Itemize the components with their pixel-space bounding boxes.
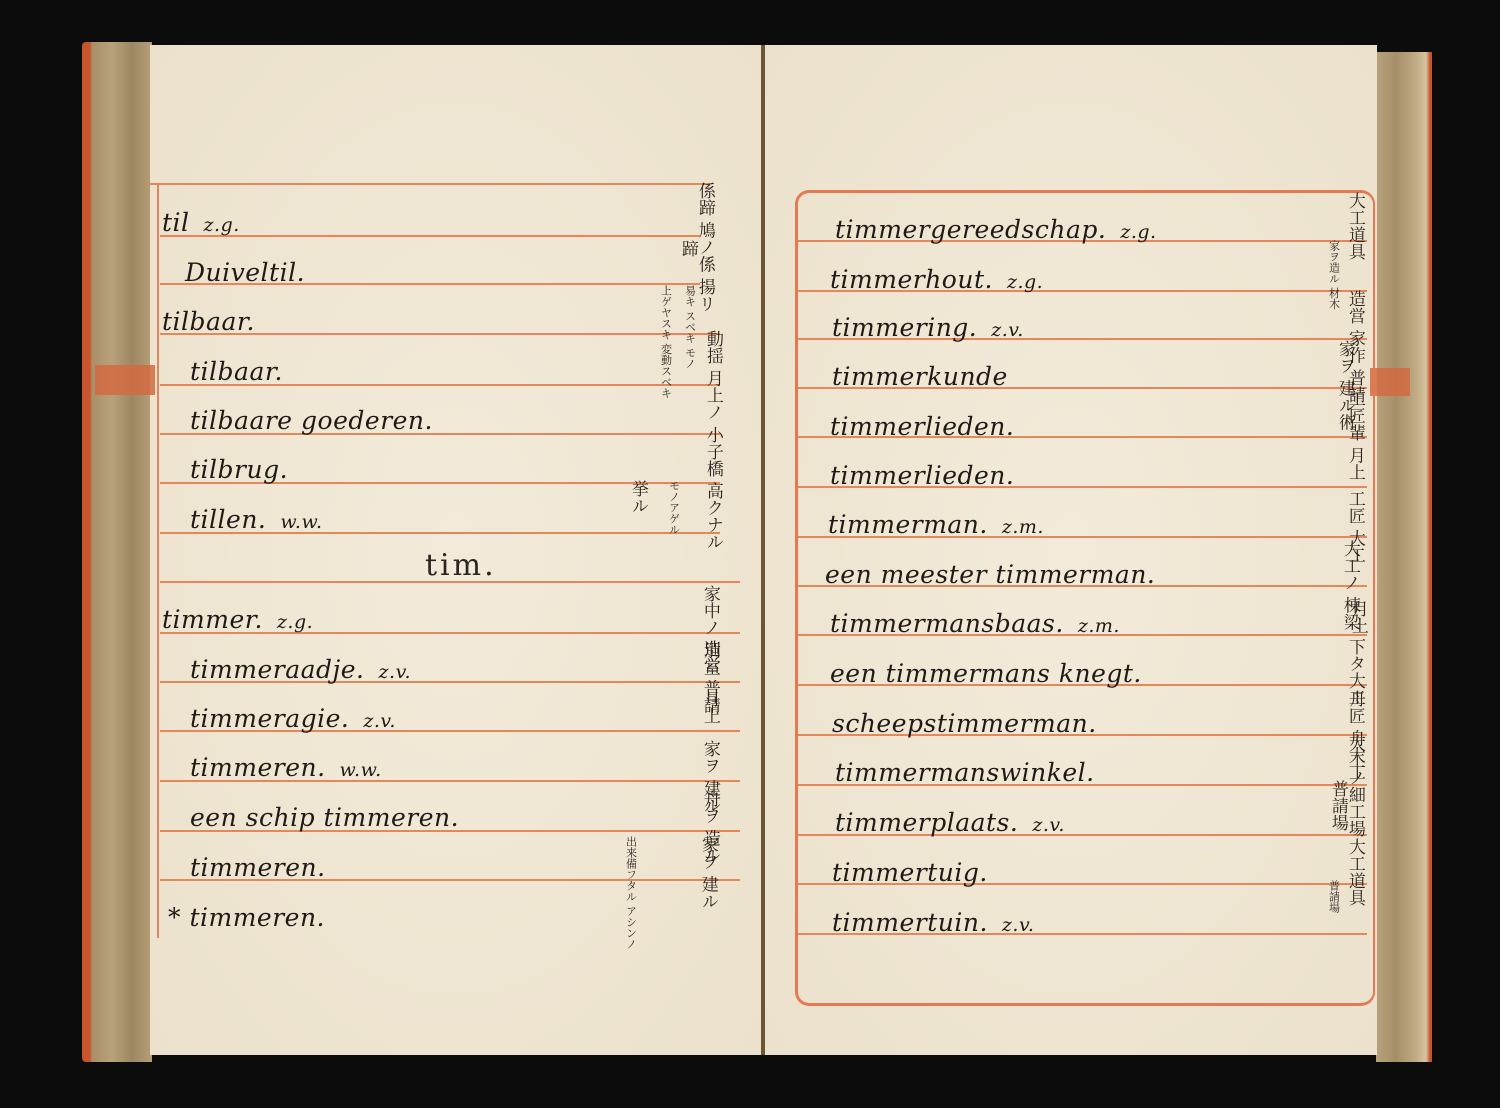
japanese-gloss: 挙ル — [628, 480, 646, 514]
dictionary-entry: scheepstimmerman. — [832, 709, 1097, 738]
dictionary-entry: tilbaar. — [190, 357, 283, 386]
dictionary-entry: timmering.z.v. — [832, 313, 1024, 342]
japanese-gloss: 蹄 — [678, 240, 696, 257]
dictionary-entry: een timmermans knegt. — [830, 659, 1142, 688]
dictionary-entry: timmeren. — [190, 853, 326, 882]
dictionary-entry: timmermansbaas.z.m. — [830, 609, 1120, 638]
dictionary-entry: timmergereedschap.z.g. — [835, 215, 1157, 244]
japanese-gloss: 大工道具 — [1345, 838, 1363, 906]
rule-line — [160, 235, 700, 237]
dictionary-entry: een schip timmeren. — [190, 803, 459, 832]
japanese-gloss: 家ヲ 建ル — [698, 836, 716, 909]
dictionary-entry: tillen.w.w. — [190, 505, 323, 534]
dictionary-entry: timmerkunde — [832, 362, 1008, 391]
japanese-gloss: 上ゲヤスキ 変動スベキ — [660, 285, 672, 399]
japanese-gloss: 出来備フタル アシンノ — [625, 836, 637, 950]
dictionary-entry: * timmeren. — [168, 903, 325, 932]
dictionary-entry: een meester timmerman. — [825, 560, 1155, 589]
left-thumb-tab — [95, 365, 155, 395]
japanese-gloss: 普請場 — [1328, 880, 1340, 913]
right-thumb-tab — [1370, 368, 1410, 396]
dictionary-entry: timmerlieden. — [830, 461, 1014, 490]
open-book: tilz.g. Duiveltil. tilbaar. tilbaar. til… — [0, 0, 1500, 1108]
japanese-gloss: 大工道具 — [1345, 192, 1363, 260]
dictionary-entry: timmerhout.z.g. — [830, 265, 1043, 294]
dictionary-entry: Duiveltil. — [185, 258, 305, 287]
dictionary-entry: timmerplaats.z.v. — [835, 808, 1065, 837]
japanese-gloss: 月上 — [1348, 600, 1366, 634]
japanese-gloss: 動揺 月上ノ 小子橋 高クナル — [703, 330, 721, 550]
dictionary-entry: timmertuin.z.v. — [832, 908, 1034, 937]
book-gutter — [761, 45, 765, 1055]
dictionary-entry: timmeren.w.w. — [190, 753, 382, 782]
japanese-gloss: 家ヲ造ル 材木 — [1328, 240, 1340, 310]
dictionary-entry: tilz.g. — [162, 208, 240, 237]
section-heading: tim. — [425, 548, 497, 583]
dictionary-entry: timmertuig. — [832, 858, 988, 887]
rule-line — [150, 183, 710, 185]
japanese-gloss: 易キ スベキ モノ — [684, 285, 696, 369]
dictionary-entry: timmerman.z.m. — [828, 510, 1044, 539]
left-page-edges — [82, 42, 152, 1062]
dictionary-entry: timmeragie.z.v. — [190, 704, 396, 733]
japanese-gloss: 月上 — [700, 690, 718, 724]
dictionary-entry: timmeraadje.z.v. — [190, 655, 411, 684]
dictionary-entry: tilbrug. — [190, 455, 288, 484]
japanese-gloss: モノアゲル — [668, 480, 680, 535]
dictionary-entry: timmermanswinkel. — [835, 758, 1095, 787]
japanese-gloss: 工匠輩 月上 — [1345, 390, 1363, 480]
right-page-edges — [1376, 52, 1432, 1062]
dictionary-entry: timmerlieden. — [830, 412, 1014, 441]
dictionary-entry: tilbaare goederen. — [190, 406, 433, 435]
dictionary-entry: timmer.z.g. — [162, 605, 313, 634]
dictionary-entry: tilbaar. — [162, 307, 255, 336]
japanese-gloss: 普請場 — [1328, 780, 1346, 831]
